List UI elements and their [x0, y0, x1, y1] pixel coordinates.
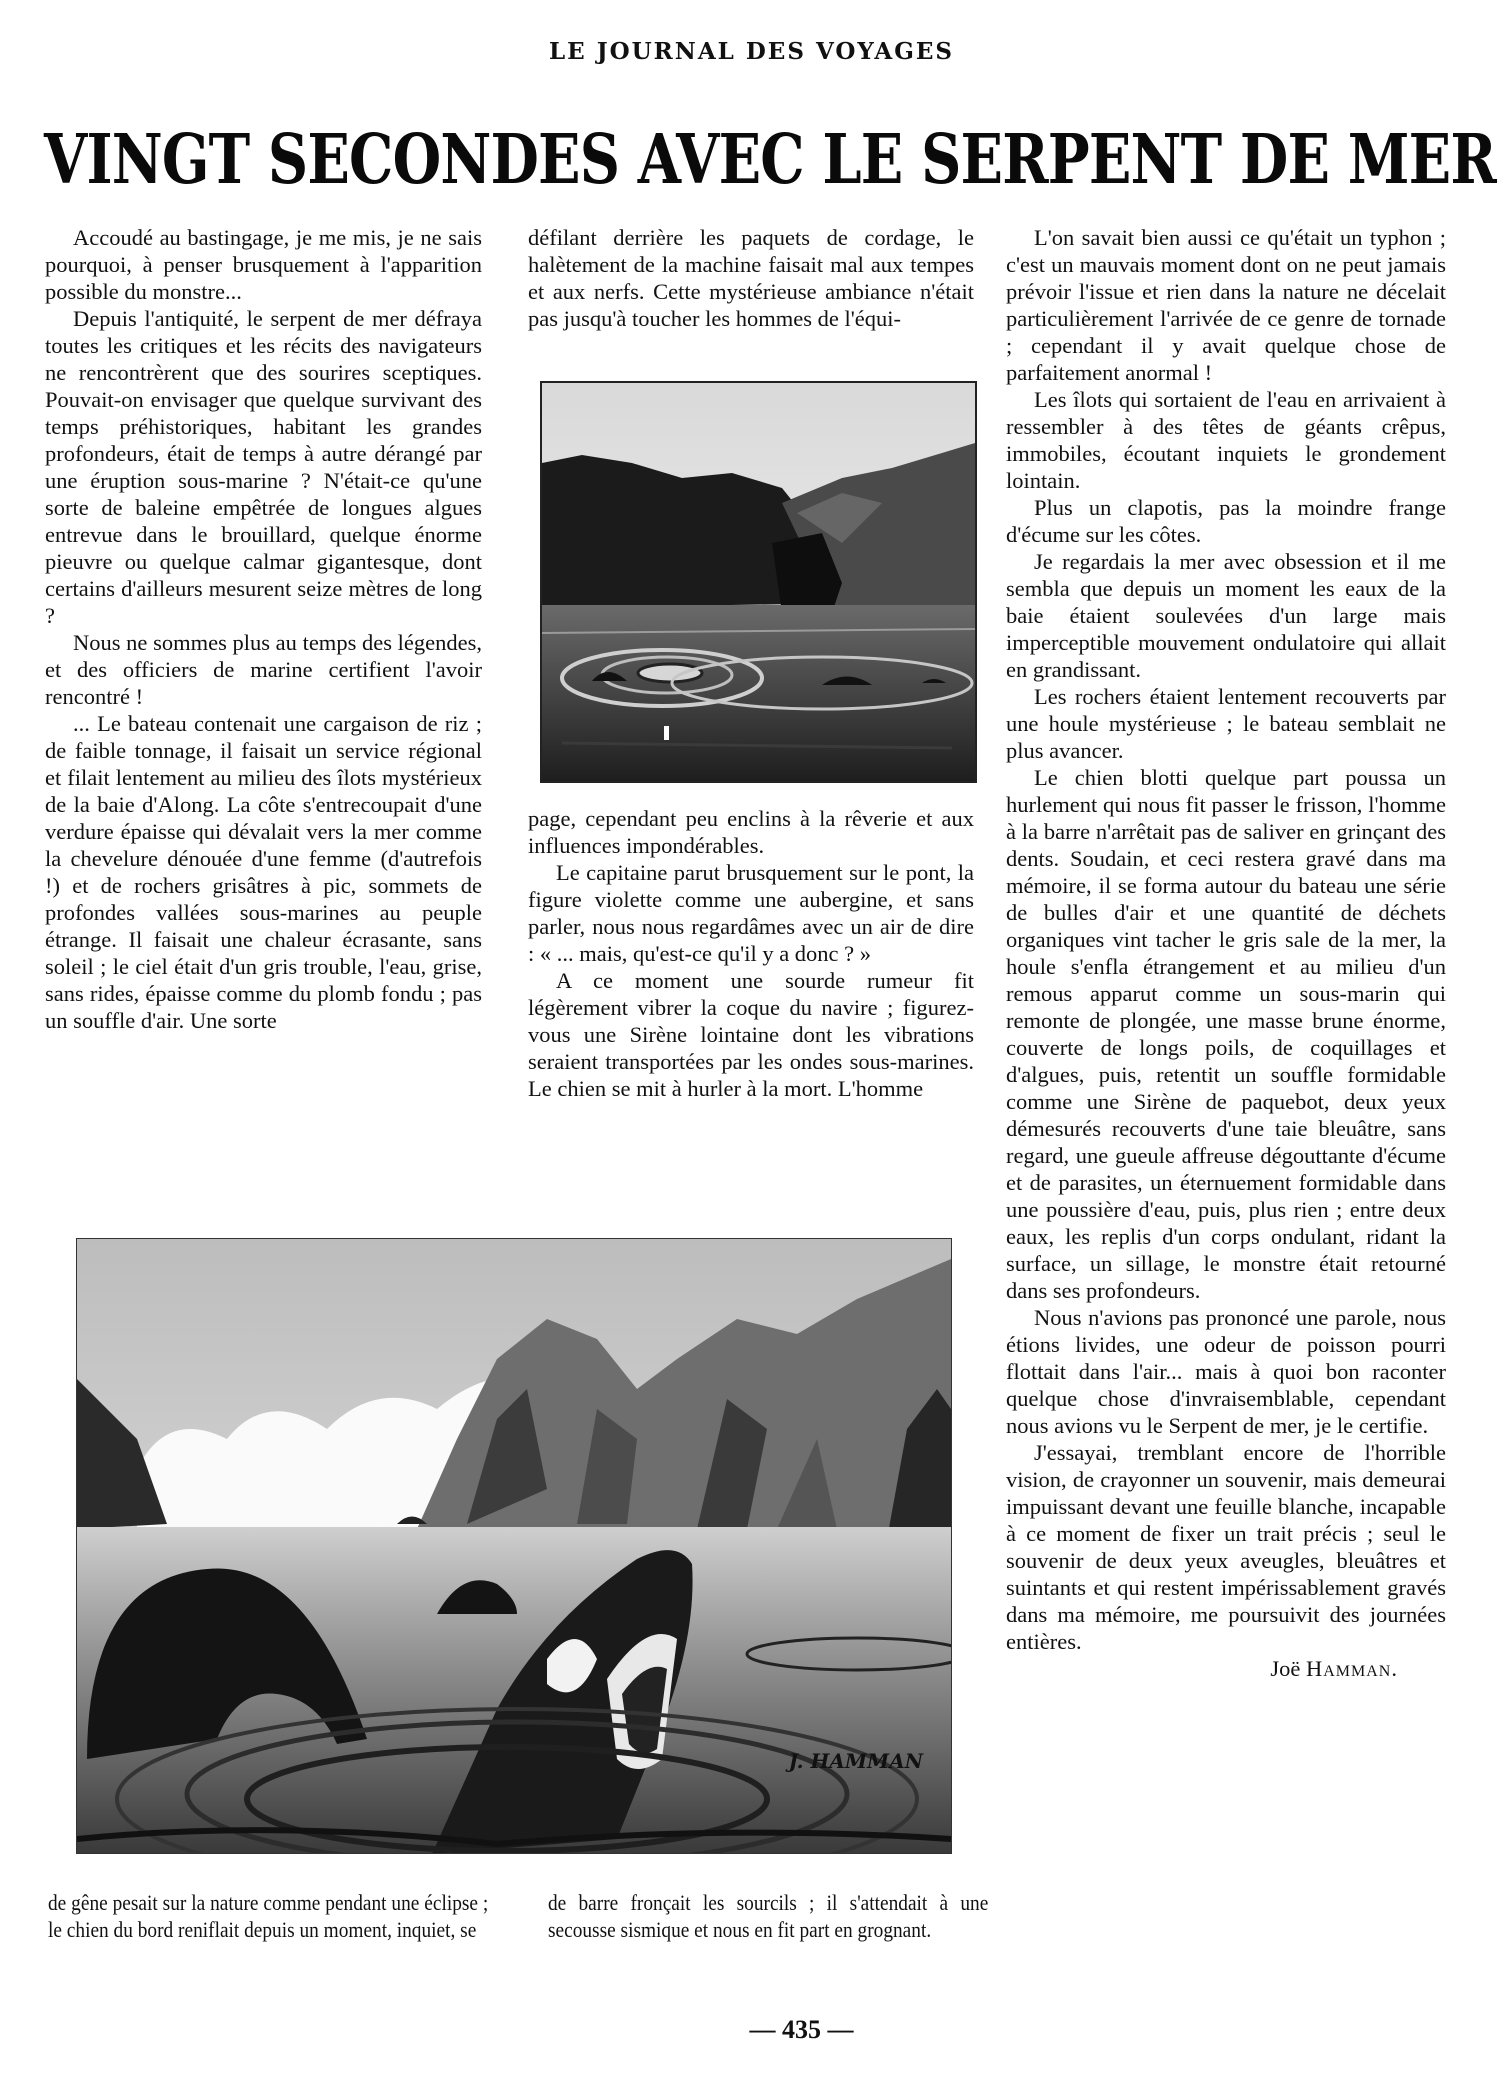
bay-illustration-image — [542, 383, 975, 781]
paragraph: Nous n'avions pas prononcé une parole, n… — [1006, 1304, 1446, 1439]
column-3: L'on savait bien aussi ce qu'était un ty… — [1006, 224, 1446, 1682]
paragraph-continuation: défilant derrière les paquets de cordage… — [528, 224, 974, 332]
column-2-top: défilant derrière les paquets de cordage… — [528, 224, 974, 332]
paragraph: Depuis l'antiquité, le serpent de mer dé… — [45, 305, 482, 629]
author-first-name: Joë — [1270, 1656, 1300, 1681]
paragraph-continuation: de barre fronçait les sourcils ; il s'at… — [548, 1889, 988, 1943]
paragraph: Je regardais la mer avec obsession et il… — [1006, 548, 1446, 683]
paragraph: Les rochers étaient lentement recouverts… — [1006, 683, 1446, 764]
illustration-bay — [540, 381, 977, 783]
paragraph: Le chien blotti quelque part poussa un h… — [1006, 764, 1446, 1304]
column-2-bottom: de barre fronçait les sourcils ; il s'at… — [548, 1889, 988, 1943]
paragraph: Plus un clapotis, pas la moindre frange … — [1006, 494, 1446, 548]
page-number: — 435 — — [0, 2015, 1503, 2045]
paragraph: ... Le bateau contenait une cargaison de… — [45, 710, 482, 1034]
paragraph: Les îlots qui sortaient de l'eau en arri… — [1006, 386, 1446, 494]
paragraph: L'on savait bien aussi ce qu'était un ty… — [1006, 224, 1446, 386]
article-title: VINGT SECONDES AVEC LE SERPENT DE MER — [44, 118, 1459, 202]
paragraph: Accoudé au bastingage, je me mis, je ne … — [45, 224, 482, 305]
column-1: Accoudé au bastingage, je me mis, je ne … — [45, 224, 482, 1034]
column-2-middle: page, cependant peu enclins à la rêverie… — [528, 805, 974, 1102]
paragraph-continuation: de gêne pesait sur la nature comme penda… — [48, 1889, 488, 1943]
column-1-bottom: de gêne pesait sur la nature comme penda… — [48, 1889, 488, 1943]
paragraph: J'essayai, tremblant encore de l'horribl… — [1006, 1439, 1446, 1655]
illustration-sea-serpent: J. HAMMAN — [76, 1238, 952, 1854]
paragraph: A ce moment une sourde rumeur fit légère… — [528, 967, 974, 1102]
paragraph: Le capitaine parut brusquement sur le po… — [528, 859, 974, 967]
running-head: LE JOURNAL DES VOYAGES — [0, 38, 1503, 65]
paragraph: Nous ne sommes plus au temps des légende… — [45, 629, 482, 710]
paragraph-continuation: page, cependant peu enclins à la rêverie… — [528, 805, 974, 859]
artist-signature: J. HAMMAN — [789, 1749, 923, 1773]
author-signature: Joë Hamman. — [1006, 1655, 1446, 1682]
author-last-name: Hamman. — [1306, 1656, 1398, 1681]
